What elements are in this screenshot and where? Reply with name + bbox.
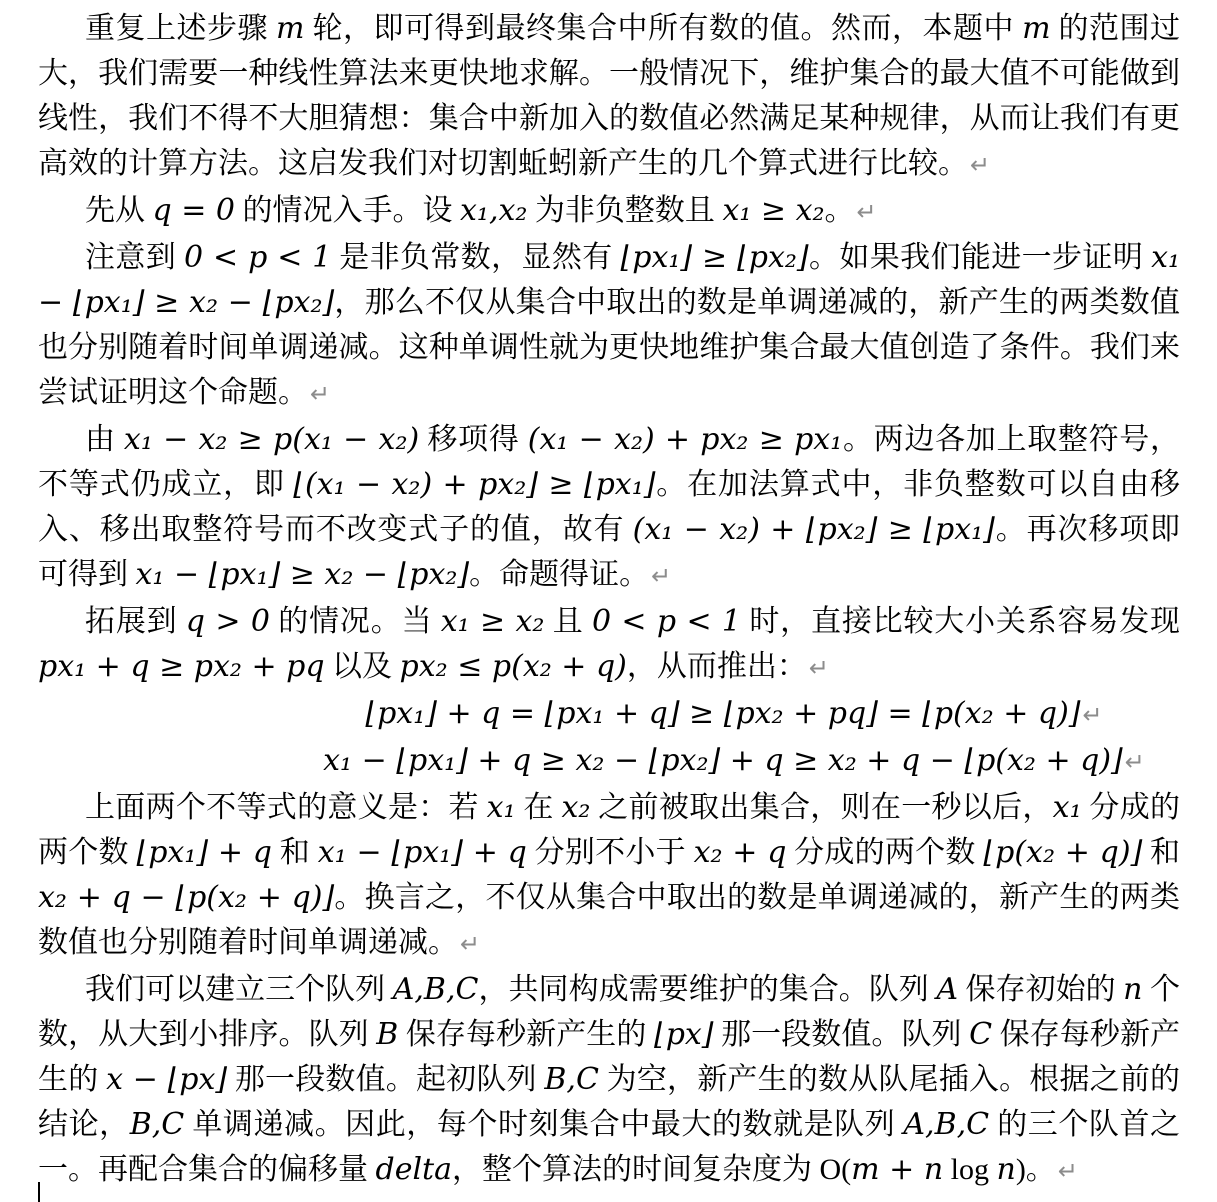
math-run: x₂ (561, 790, 590, 825)
text-run: )。 (1016, 1153, 1056, 1186)
math-run: q = 0 (153, 193, 236, 228)
text-run: 和 (272, 836, 318, 869)
text-run: 先从 (85, 194, 153, 227)
text-run: 以及 (325, 650, 400, 683)
text-run: 那一段数值。起初队列 (227, 1063, 544, 1096)
paragraph-mark-icon: ↵ (1058, 1157, 1078, 1185)
text-run: 在 (516, 791, 562, 824)
math-run: x₁ (1053, 790, 1082, 825)
math-run: m (1022, 11, 1050, 46)
paragraph-mark-icon: ↵ (857, 198, 877, 226)
math-run: x₁,x₂ (460, 193, 527, 228)
math-run: 0 < p < 1 (592, 604, 741, 639)
paragraph-mark-icon: ↵ (970, 151, 990, 179)
math-run: x₁ − ⌊px₁⌋ ≥ x₂ − ⌊px₂⌋ (136, 557, 470, 592)
paragraph-mark-icon: ↵ (1083, 701, 1103, 729)
para-2: 先从 q = 0 的情况入手。设 x₁,x₂ 为非负整数且 x₁ ≥ x₂。↵ (38, 188, 1180, 235)
paragraph-mark-icon: ↵ (809, 654, 829, 682)
paragraph-mark-icon: ↵ (310, 380, 330, 408)
text-run: 重复上述步骤 (85, 12, 276, 45)
math-run: ⌊(x₁ − x₂) + px₂⌋ ≥ ⌊px₁⌋ (293, 467, 655, 502)
math-run: x₂ + q − ⌊p(x₂ + q)⌋ (38, 880, 334, 915)
math-run: ⌊px⌋ (654, 1017, 714, 1052)
math-run: 0 < p < 1 (184, 240, 331, 275)
math-run: x₁ (487, 790, 516, 825)
para-8: 上面两个不等式的意义是：若 x₁ 在 x₂ 之前被取出集合，则在一秒以后，x₁ … (38, 785, 1180, 967)
math-run: A,B,C (393, 972, 479, 1007)
document-body[interactable]: 重复上述步骤 m 轮，即可得到最终集合中所有数的值。然而，本题中 m 的范围过大… (38, 6, 1180, 1194)
math-run: n (996, 1152, 1015, 1187)
text-run: 为非负整数且 (527, 194, 722, 227)
text-run: 分别不小于 (527, 836, 694, 869)
text-run: 移项得 (419, 423, 528, 456)
math-run: m + n (851, 1152, 943, 1187)
math-run: ⌊px₁⌋ + q = ⌊px₁ + q⌋ ≥ ⌊px₂ + pq⌋ = ⌊p(… (365, 696, 1080, 731)
math-run: m (276, 11, 304, 46)
text-run: 和 (1142, 836, 1180, 869)
math-run: ⌊px₁⌋ + q (137, 835, 272, 870)
math-run: B (376, 1017, 398, 1052)
text-run: 轮，即可得到最终集合中所有数的值。然而，本题中 (304, 12, 1022, 45)
paragraph-mark-icon: ↵ (1125, 748, 1145, 776)
text-run: 保存每秒新产生的 (398, 1018, 654, 1051)
text-run: 且 (544, 605, 591, 638)
math-run: x − ⌊px⌋ (106, 1062, 227, 1097)
text-run: 我们可以建立三个队列 (85, 973, 393, 1006)
para-5: 拓展到 q > 0 的情况。当 x₁ ≥ x₂ 且 0 < p < 1 时，直接… (38, 599, 1180, 691)
paragraph-mark-icon: ↵ (651, 562, 671, 590)
text-run: 是非负常数，显然有 (331, 241, 620, 274)
math-run: ⌊px₁⌋ ≥ ⌊px₂⌋ (621, 240, 809, 275)
math-run: px₂ ≤ p(x₂ + q) (400, 649, 627, 684)
para-7-equation-2: x₁ − ⌊px₁⌋ + q ≥ x₂ − ⌊px₂⌋ + q ≥ x₂ + q… (288, 738, 1180, 785)
math-run: ⌊p(x₂ + q)⌋ (983, 835, 1142, 870)
math-run: px₁ + q ≥ px₂ + pq (38, 649, 325, 684)
para-4: 由 x₁ − x₂ ≥ p(x₁ − x₂) 移项得 (x₁ − x₂) + p… (38, 417, 1180, 599)
math-run: B,C (130, 1107, 185, 1142)
text-run: 分成的两个数 (786, 836, 983, 869)
math-run: x₁ − x₂ ≥ p(x₁ − x₂) (124, 422, 419, 457)
text-run: ，共同构成需要维护的集合。队列 (478, 973, 936, 1006)
text-run: 时，直接比较大小关系容易发现 (741, 605, 1180, 638)
math-run: n (1123, 972, 1142, 1007)
text-run: 单调递减。因此，每个时刻集合中最大的数就是队列 (184, 1108, 903, 1141)
text-run: 保存初始的 (958, 973, 1123, 1006)
text-run: 上面两个不等式的意义是：若 (85, 791, 487, 824)
text-run: 那一段数值。队列 (714, 1018, 970, 1051)
document-page: 重复上述步骤 m 轮，即可得到最终集合中所有数的值。然而，本题中 m 的范围过大… (0, 0, 1217, 1202)
math-run: A,B,C (903, 1107, 989, 1142)
math-run: q > 0 (186, 604, 270, 639)
text-run: 之前被取出集合，则在一秒以后， (590, 791, 1052, 824)
text-run: 的情况入手。设 (235, 194, 460, 227)
math-run: B,C (544, 1062, 599, 1097)
text-run: ，从而推出： (627, 650, 807, 683)
para-3: 注意到 0 < p < 1 是非负常数，显然有 ⌊px₁⌋ ≥ ⌊px₂⌋。如果… (38, 235, 1180, 417)
text-run: 拓展到 (85, 605, 186, 638)
math-run: x₁ ≥ x₂ (722, 193, 824, 228)
math-run: (x₁ − x₂) + px₂ ≥ px₁ (528, 422, 842, 457)
para-9: 我们可以建立三个队列 A,B,C，共同构成需要维护的集合。队列 A 保存初始的 … (38, 967, 1180, 1194)
text-run: 的情况。当 (270, 605, 441, 638)
math-run: delta (376, 1152, 453, 1187)
math-run: x₁ − ⌊px₁⌋ + q (318, 835, 527, 870)
text-run: 。 (825, 194, 855, 227)
math-run: x₂ + q (694, 835, 787, 870)
math-run: C (969, 1017, 992, 1052)
math-run: A (936, 972, 958, 1007)
text-run: 。命题得证。 (469, 558, 649, 591)
paragraph-mark-icon: ↵ (460, 930, 480, 958)
para-1: 重复上述步骤 m 轮，即可得到最终集合中所有数的值。然而，本题中 m 的范围过大… (38, 6, 1180, 188)
math-run: (x₁ − x₂) + ⌊px₂⌋ ≥ ⌊px₁⌋ (633, 512, 995, 547)
math-run: x₁ − ⌊px₁⌋ + q ≥ x₂ − ⌊px₂⌋ + q ≥ x₂ + q… (323, 743, 1123, 778)
text-run: 注意到 (85, 241, 184, 274)
text-run: ，整个算法的时间复杂度为 O( (452, 1153, 851, 1186)
math-run: x₁ ≥ x₂ (441, 604, 545, 639)
para-6-equation-1: ⌊px₁⌋ + q = ⌊px₁ + q⌋ ≥ ⌊px₂ + pq⌋ = ⌊p(… (288, 691, 1180, 738)
text-run: 。如果我们能进一步证明 (809, 241, 1151, 274)
text-run: 由 (85, 423, 124, 456)
text-run: log (943, 1153, 996, 1186)
text-caret (38, 1182, 40, 1202)
